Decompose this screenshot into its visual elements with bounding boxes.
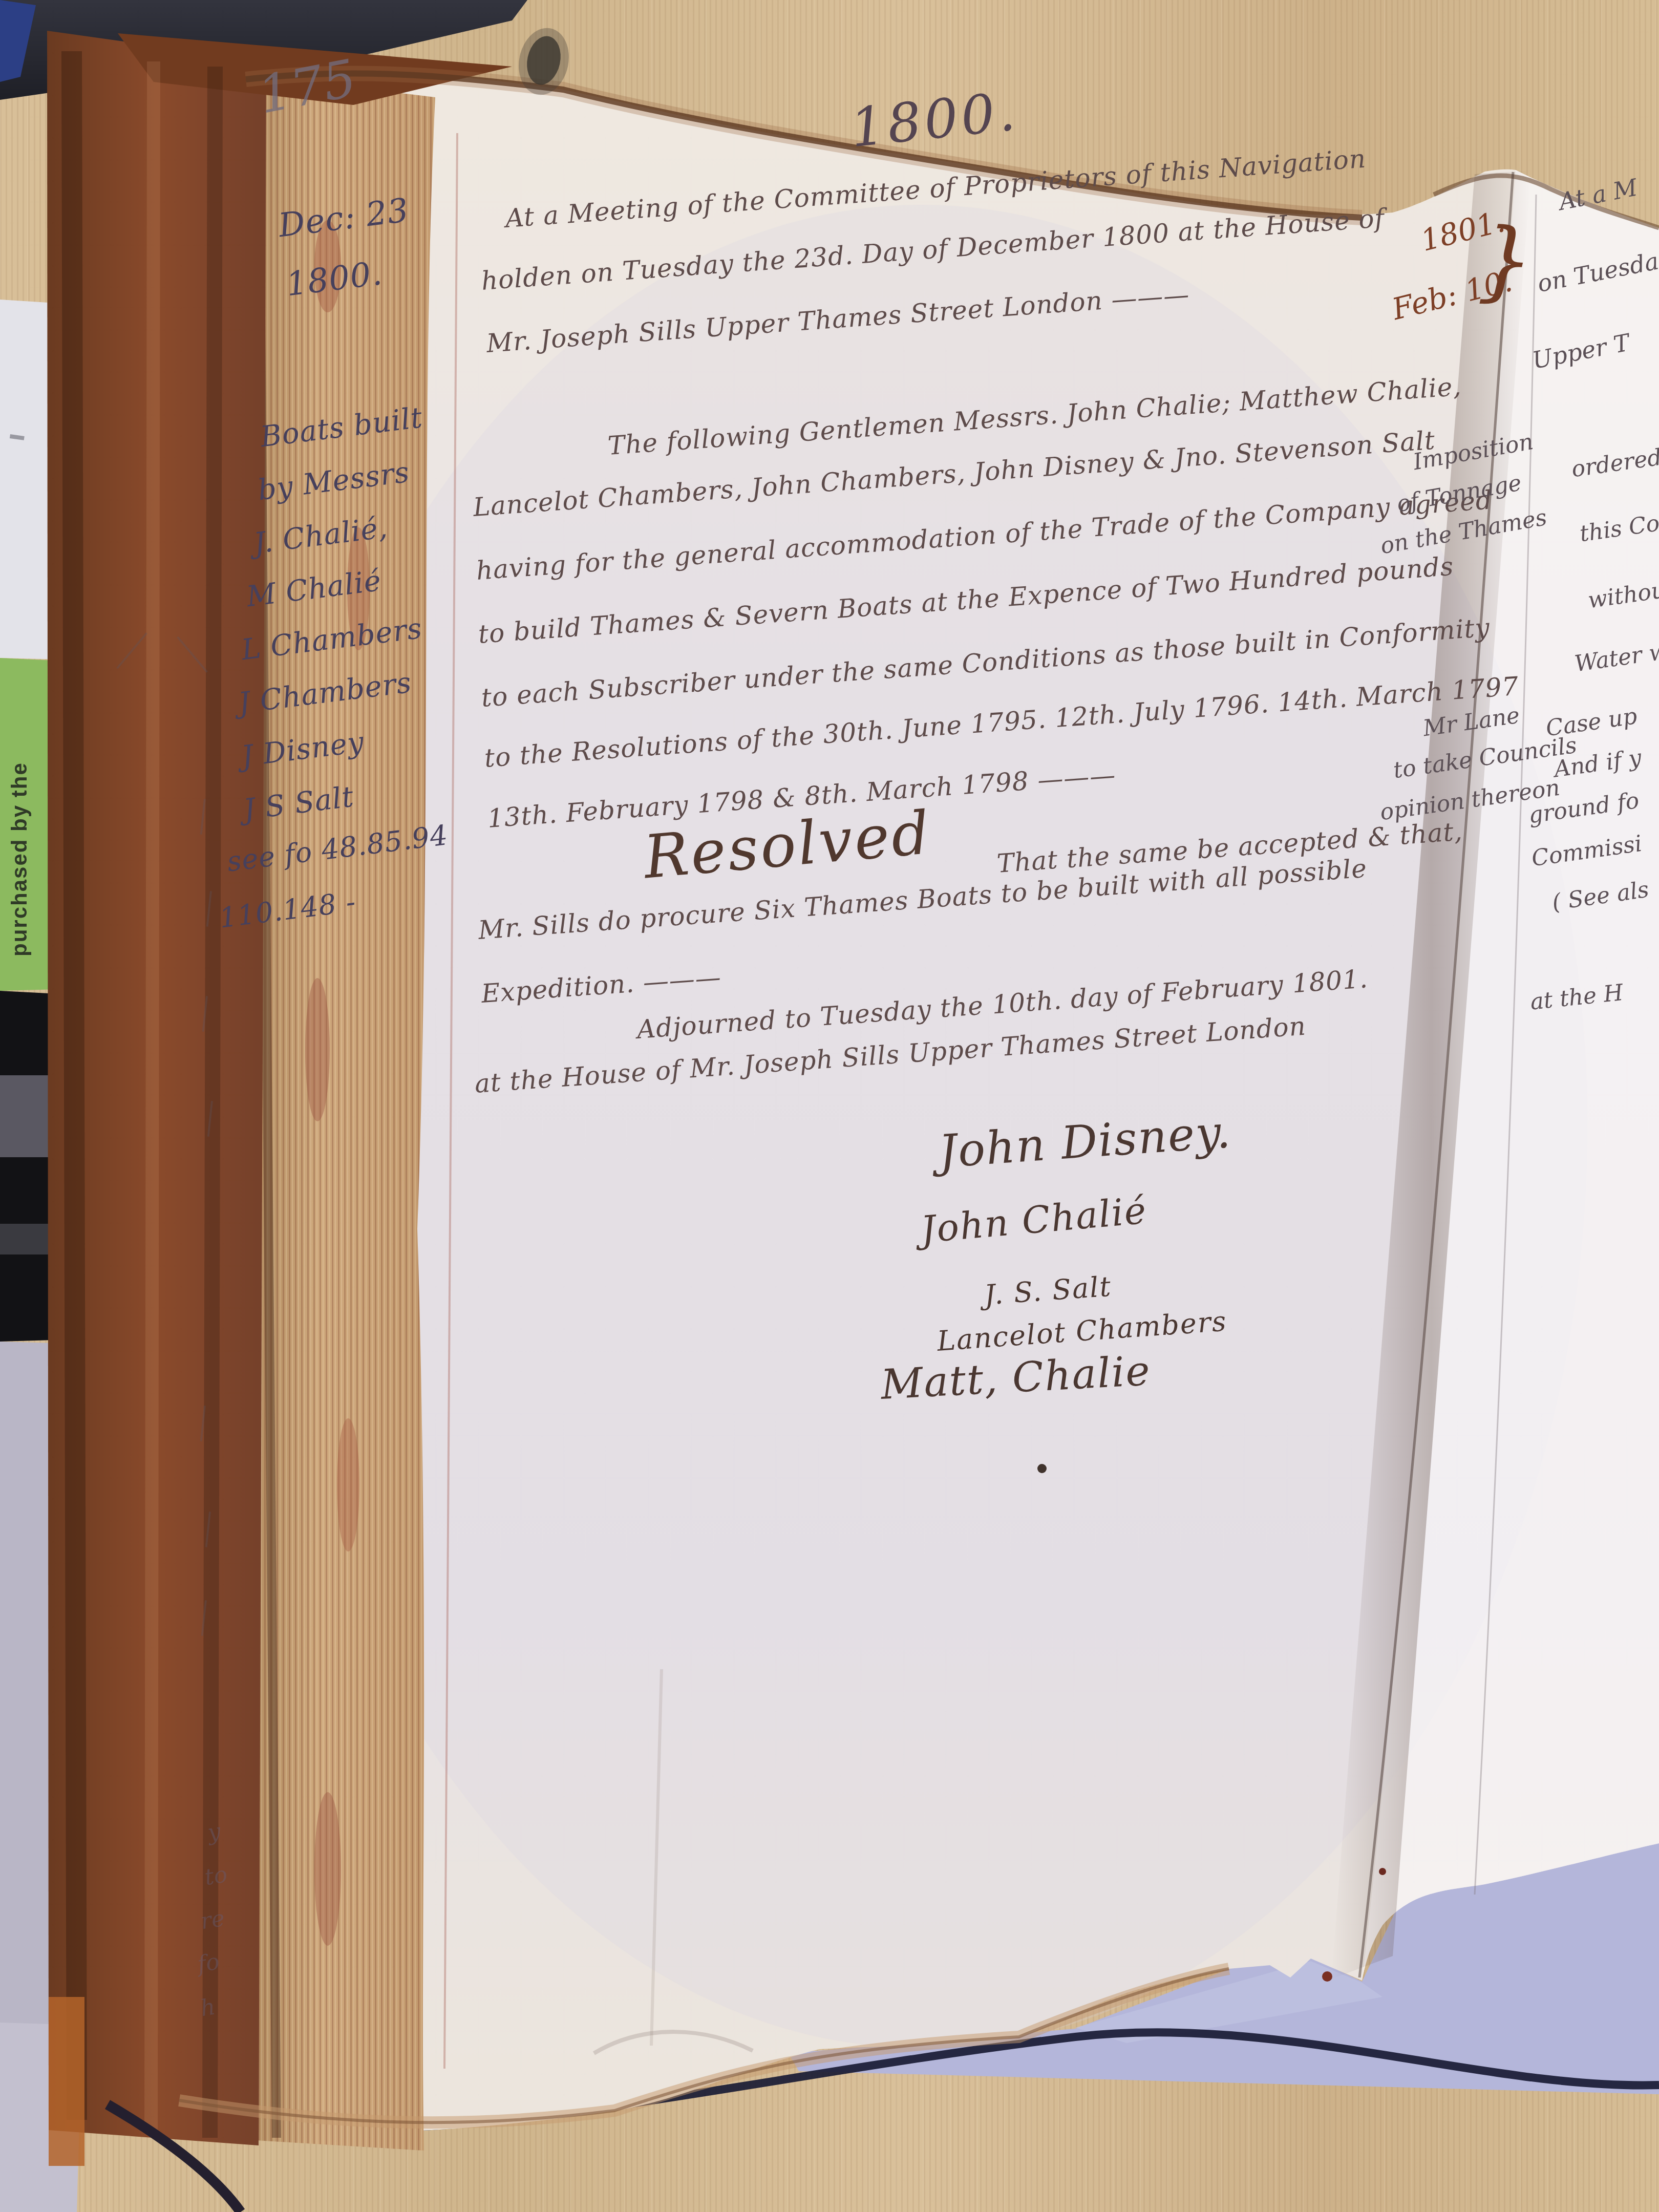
faded-fragment: to (203, 1861, 229, 1890)
green-paper-label: purchased by the (7, 762, 32, 956)
page-fore-edges (246, 74, 435, 2151)
faded-fragment: fo (196, 1948, 221, 1977)
faded-fragment: re (199, 1905, 226, 1935)
right-margin-brace: } (1476, 209, 1535, 312)
photo-of-open-minute-book: 175 1800. Dec: 23 1800. Boats built by M… (0, 0, 1659, 2212)
